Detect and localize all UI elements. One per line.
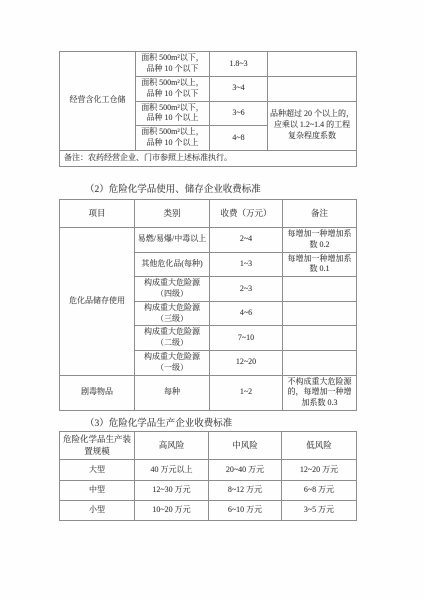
note-cell <box>283 277 357 302</box>
chemical-warehousing-fee-table: 经营含化工仓储 面积 500m²以下，品种 10 个以下 1.8~3 面积 50… <box>59 51 357 167</box>
header-fee: 收费（万元） <box>210 200 283 228</box>
category-cell: 易燃/易爆/中毒以上 <box>135 228 210 253</box>
category-cell: 构成重大危险源（三级） <box>135 301 210 326</box>
fee-cell: 2~4 <box>210 228 283 253</box>
medium-risk-cell: 8~12 万元 <box>209 481 282 501</box>
note-cell <box>268 77 357 102</box>
category-cell: 面积 500m²以上，品种 10 个以下 <box>136 77 210 102</box>
category-cell: 面积 500m²以下，品种 10 个以上 <box>136 101 210 126</box>
category-cell: 其他危化品(每种) <box>135 252 210 277</box>
category-cell: 构成重大危险源（四级） <box>135 277 210 302</box>
medium-risk-cell: 6~10 万元 <box>209 501 282 521</box>
fee-cell: 3~6 <box>210 101 268 126</box>
category-cell: 构成重大危险源（二级） <box>135 326 210 351</box>
table-row: 大型 40 万元以上 20~40 万元 12~20 万元 <box>60 460 357 481</box>
scale-cell: 大型 <box>60 460 135 481</box>
merged-note-cell: 品种超过 20 个以上的，应乘以 1.2~1.4 的工程复杂程度系数 <box>268 101 357 150</box>
fee-cell: 1.8~3 <box>210 52 268 77</box>
section2-title: （2）危险化学品使用、储存企业收费标准 <box>85 181 261 195</box>
note-cell: 不构成重大危险源的，每增加一种增加系数 0.3 <box>283 375 357 410</box>
header-low-risk: 低风险 <box>282 432 357 460</box>
low-risk-cell: 6~8 万元 <box>282 481 357 501</box>
fee-cell: 12~20 <box>210 350 283 375</box>
fee-cell: 1~3 <box>210 252 283 277</box>
header-note: 备注 <box>283 200 357 228</box>
high-risk-cell: 40 万元以上 <box>135 460 209 481</box>
high-risk-cell: 12~30 万元 <box>135 481 209 501</box>
section3-title: （3）危险化学品生产企业收费标准 <box>85 415 232 429</box>
fee-cell: 2~3 <box>210 277 283 302</box>
project-group-label-cell: 危化品储存使用 <box>60 228 135 376</box>
note-cell: 每增加一种增加系数 0.1 <box>283 252 357 277</box>
project-cell: 剧毒物品 <box>60 375 135 410</box>
category-cell: 构成重大危险源（一级） <box>135 350 210 375</box>
table-row: 剧毒物品 每种 1~2 不构成重大危险源的，每增加一种增加系数 0.3 <box>60 375 357 410</box>
document-page: 经营含化工仓储 面积 500m²以下，品种 10 个以下 1.8~3 面积 50… <box>0 0 424 600</box>
table-row: 中型 12~30 万元 8~12 万元 6~8 万元 <box>60 481 357 501</box>
table-row: 危化品储存使用 易燃/易爆/中毒以上 2~4 每增加一种增加系数 0.2 <box>60 228 357 253</box>
storage-use-fee-table: 项目 类别 收费（万元） 备注 危化品储存使用 易燃/易爆/中毒以上 2~4 每… <box>59 199 357 411</box>
header-high-risk: 高风险 <box>135 432 209 460</box>
note-cell <box>283 326 357 351</box>
note-cell <box>283 350 357 375</box>
category-cell: 每种 <box>135 375 210 410</box>
table-header-row: 危险化学品生产装置规模 高风险 中风险 低风险 <box>60 432 357 460</box>
header-project: 项目 <box>60 200 135 228</box>
low-risk-cell: 12~20 万元 <box>282 460 357 481</box>
production-fee-table: 危险化学品生产装置规模 高风险 中风险 低风险 大型 40 万元以上 20~40… <box>59 431 357 521</box>
header-medium-risk: 中风险 <box>209 432 282 460</box>
high-risk-cell: 10~20 万元 <box>135 501 209 521</box>
header-scale: 危险化学品生产装置规模 <box>60 432 135 460</box>
scale-cell: 中型 <box>60 481 135 501</box>
note-cell <box>283 301 357 326</box>
project-group-label-cell: 经营含化工仓储 <box>60 52 136 151</box>
note-cell: 每增加一种增加系数 0.2 <box>283 228 357 253</box>
fee-cell: 7~10 <box>210 326 283 351</box>
header-category: 类别 <box>135 200 210 228</box>
table-header-row: 项目 类别 收费（万元） 备注 <box>60 200 357 228</box>
low-risk-cell: 3~5 万元 <box>282 501 357 521</box>
table-row: 经营含化工仓储 面积 500m²以下，品种 10 个以下 1.8~3 <box>60 52 357 77</box>
category-cell: 面积 500m²以上，品种 10 个以上 <box>136 126 210 151</box>
table-row: 小型 10~20 万元 6~10 万元 3~5 万元 <box>60 501 357 521</box>
medium-risk-cell: 20~40 万元 <box>209 460 282 481</box>
note-cell <box>268 52 357 77</box>
remark-cell: 备注：农药经营企业、门市参照上述标准执行。 <box>60 150 357 166</box>
fee-cell: 1~2 <box>210 375 283 410</box>
fee-cell: 3~4 <box>210 77 268 102</box>
fee-cell: 4~6 <box>210 301 283 326</box>
table-remark-row: 备注：农药经营企业、门市参照上述标准执行。 <box>60 150 357 166</box>
scale-cell: 小型 <box>60 501 135 521</box>
fee-cell: 4~8 <box>210 126 268 151</box>
category-cell: 面积 500m²以下，品种 10 个以下 <box>136 52 210 77</box>
